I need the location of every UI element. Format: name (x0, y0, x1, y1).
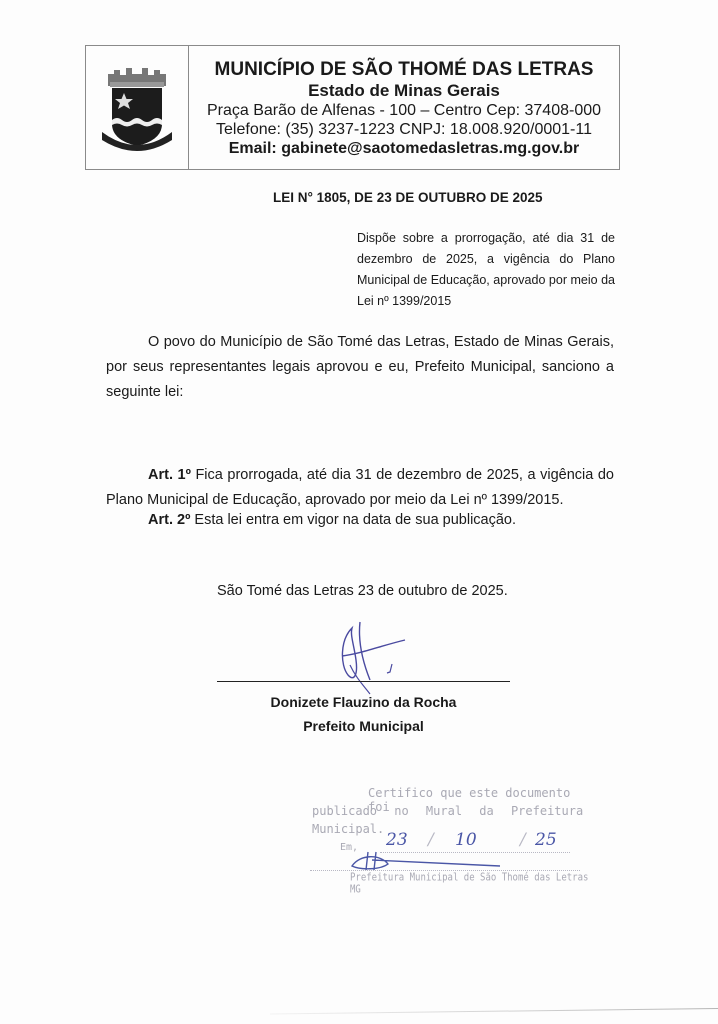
state-name: Estado de Minas Gerais (189, 81, 619, 101)
letterhead-text: MUNICÍPIO DE SÃO THOMÉ DAS LETRAS Estado… (189, 46, 619, 169)
scan-edge (270, 1008, 718, 1014)
stamp-line-3: Municipal. (312, 822, 384, 836)
place-date: São Tomé das Letras 23 de outubro de 202… (217, 583, 508, 599)
stamp-initial-icon (350, 850, 510, 872)
stamp-year: 25 (535, 830, 557, 850)
signer-name: Donizete Flauzino da Rocha (217, 690, 510, 714)
signature-line (217, 681, 510, 682)
coat-of-arms-icon (96, 62, 178, 154)
stamp-line-2: publicado no Mural da Prefeitura (312, 804, 583, 818)
signer-role: Prefeito Municipal (217, 714, 510, 738)
stamp-footer: Prefeitura Municipal de São Thomé das Le… (350, 872, 590, 896)
preamble: O povo do Município de São Tomé das Letr… (106, 330, 614, 405)
letterhead: MUNICÍPIO DE SÃO THOMÉ DAS LETRAS Estado… (85, 45, 620, 170)
email: Email: gabinete@saotomedasletras.mg.gov.… (189, 139, 619, 159)
law-title: LEI N° 1805, DE 23 DE OUTUBRO DE 2025 (273, 190, 543, 205)
municipality-title: MUNICÍPIO DE SÃO THOMÉ DAS LETRAS (189, 59, 619, 81)
logo-cell (86, 46, 189, 169)
article-label: Art. 2º (148, 512, 190, 528)
stamp-month: 10 (455, 830, 477, 850)
signature-icon (330, 620, 420, 695)
article-text: Esta lei entra em vigor na data de sua p… (190, 512, 516, 528)
article-2: Art. 2º Esta lei entra em vigor na data … (106, 508, 614, 533)
law-summary: Dispõe sobre a prorrogação, até dia 31 d… (357, 228, 615, 312)
article-1: Art. 1º Fica prorrogada, até dia 31 de d… (106, 463, 614, 513)
article-label: Art. 1º (148, 467, 191, 483)
signer-block: Donizete Flauzino da Rocha Prefeito Muni… (217, 690, 510, 738)
stamp-dotted-line (310, 870, 580, 871)
stamp-day: 23 (386, 830, 408, 850)
phone-cnpj: Telefone: (35) 3237-1223 CNPJ: 18.008.92… (189, 120, 619, 139)
address: Praça Barão de Alfenas - 100 – Centro Ce… (189, 101, 619, 120)
